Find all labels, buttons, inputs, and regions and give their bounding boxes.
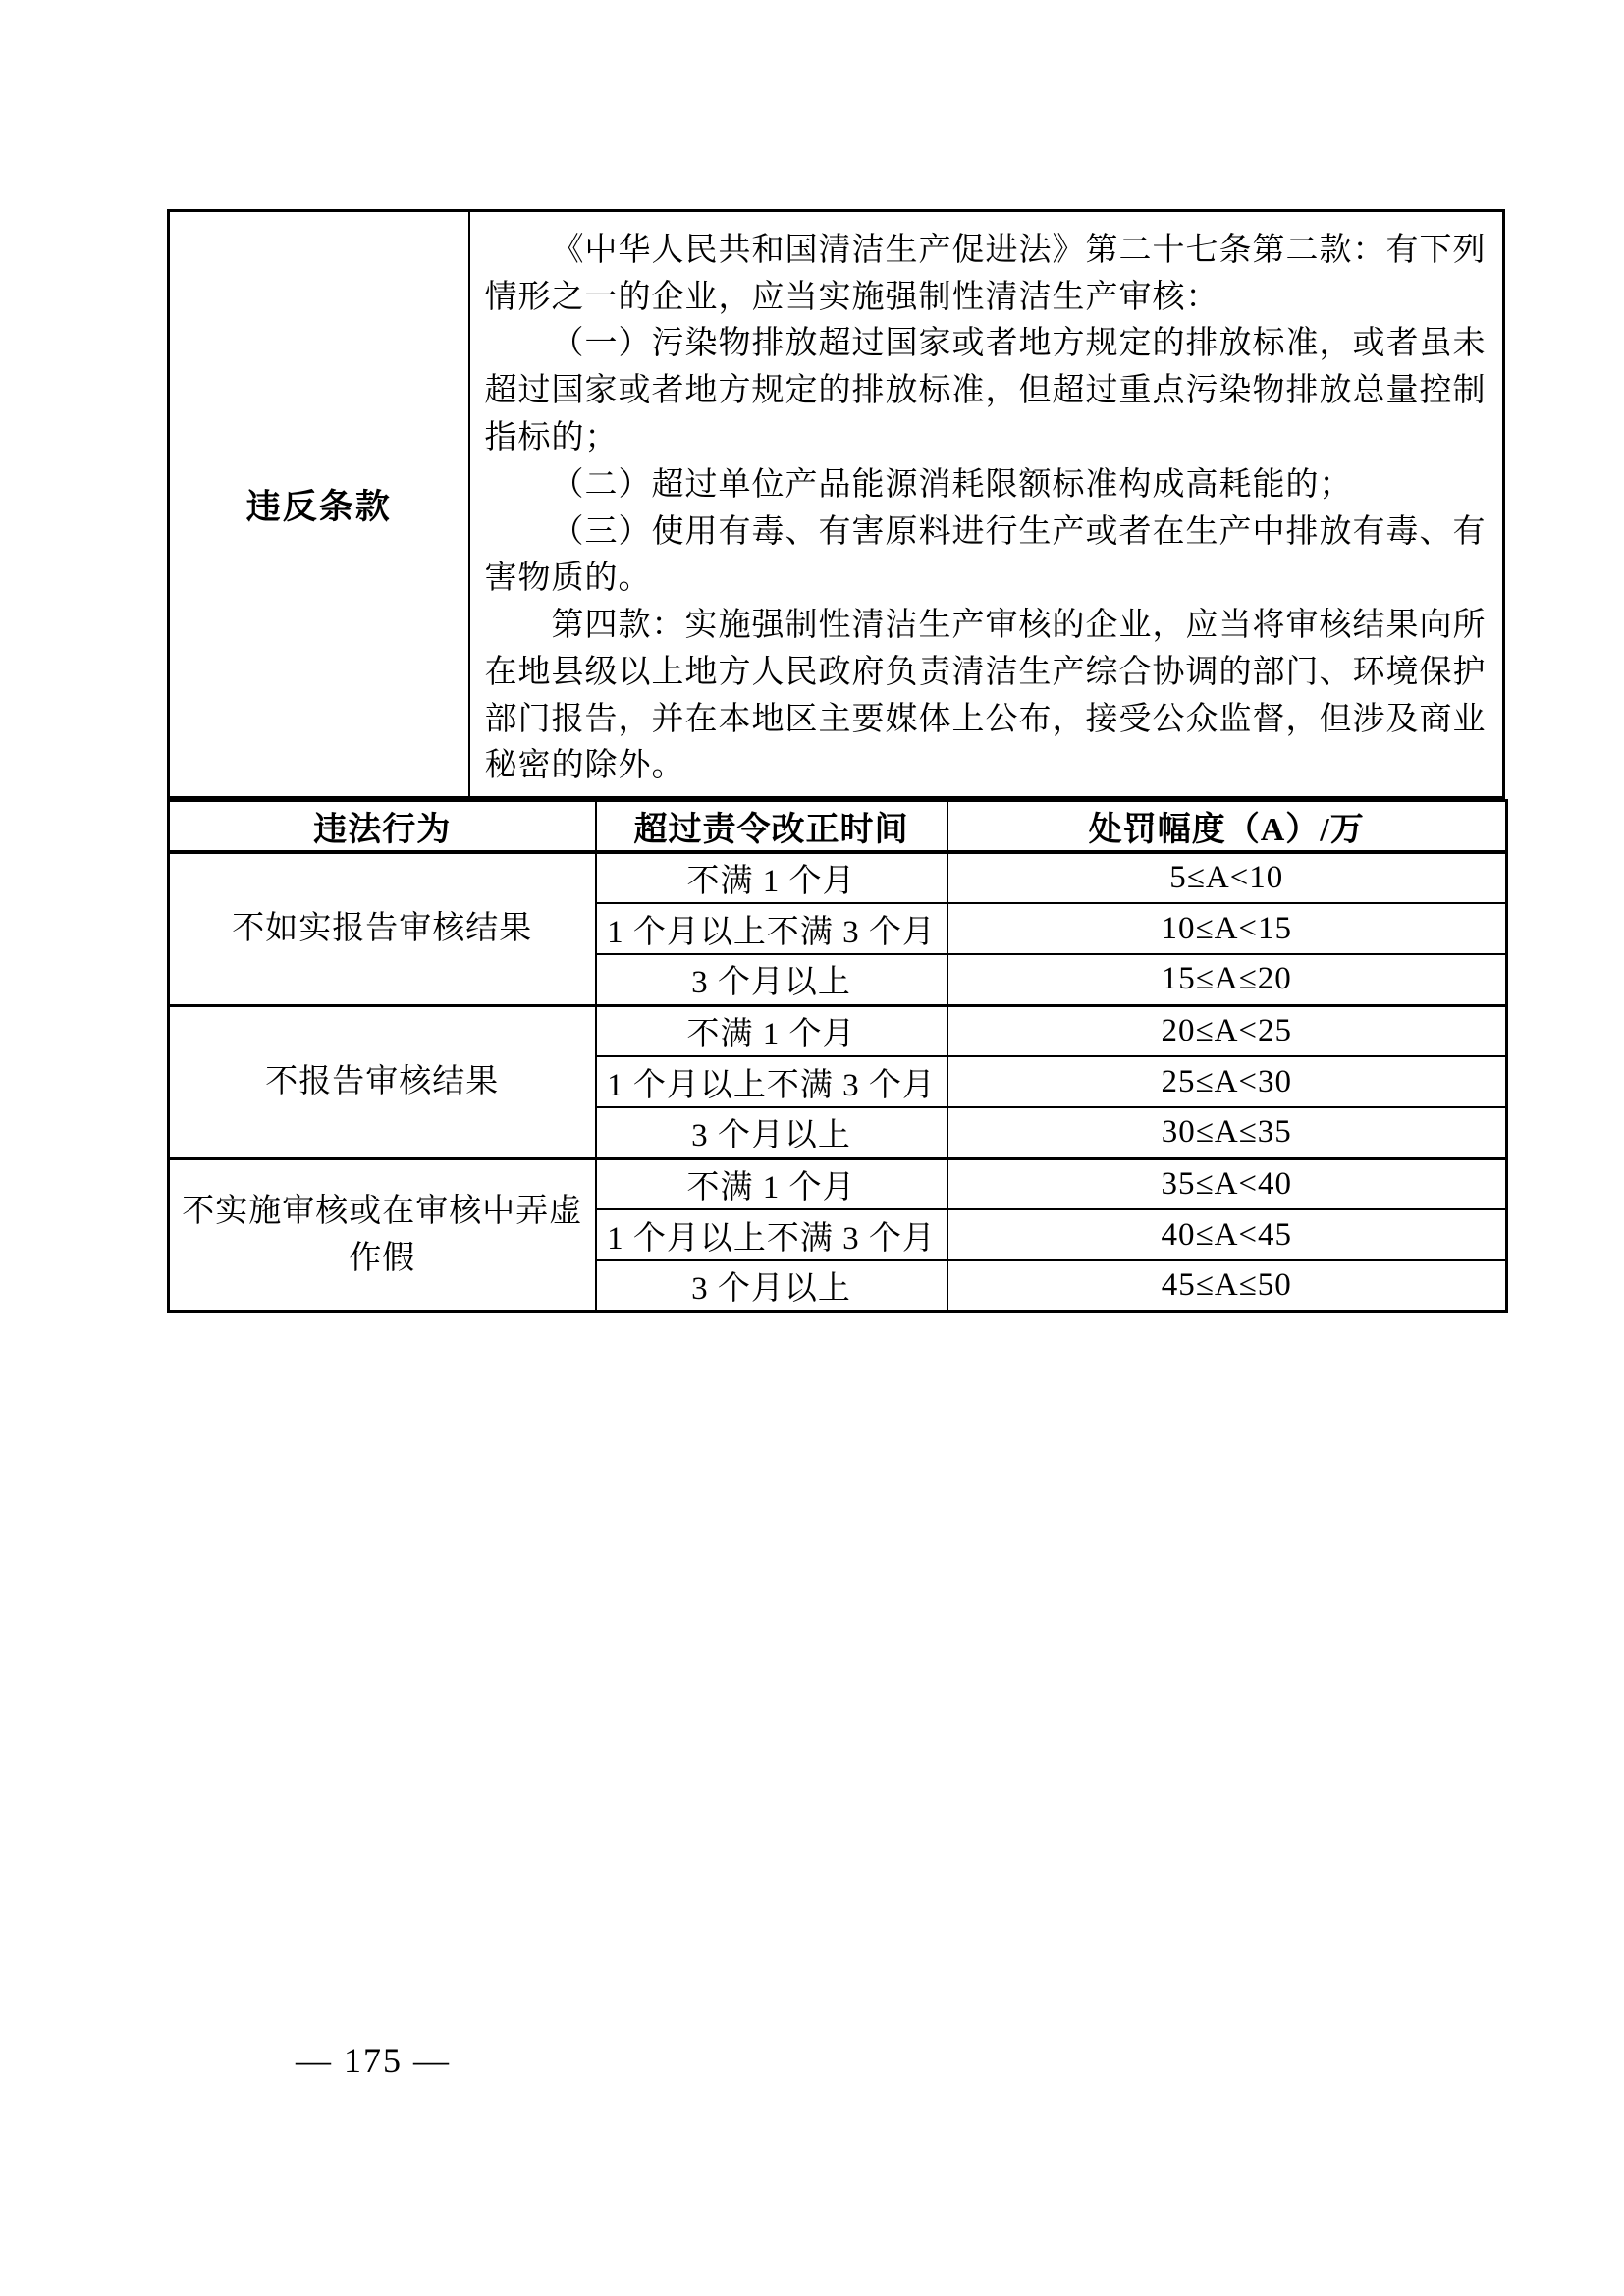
penalty-cell: 15≤A≤20 (947, 954, 1507, 1005)
penalty-cell: 30≤A≤35 (947, 1107, 1507, 1158)
column-header-time: 超过责令改正时间 (596, 801, 947, 853)
penalty-cell: 25≤A<30 (947, 1056, 1507, 1107)
violation-clause-table: 违反条款 《中华人民共和国清洁生产促进法》第二十七条第二款：有下列 情形之一的企… (167, 209, 1505, 799)
behavior-cell: 不报告审核结果 (169, 1005, 596, 1158)
clause-line: 第四款：实施强制性清洁生产审核的企业，应当将审核结果向所 (485, 603, 1489, 650)
table-row: 违反条款 《中华人民共和国清洁生产促进法》第二十七条第二款：有下列 情形之一的企… (169, 211, 1504, 798)
time-cell: 不满 1 个月 (596, 852, 947, 903)
header-row: 违法行为 超过责令改正时间 处罚幅度（A）/万 (169, 801, 1507, 853)
clause-label-cell: 违反条款 (169, 211, 469, 798)
table-row: 不如实报告审核结果 不满 1 个月 5≤A<10 (169, 852, 1507, 903)
behavior-cell: 不如实报告审核结果 (169, 852, 596, 1005)
time-cell: 不满 1 个月 (596, 1005, 947, 1056)
column-header-violation: 违法行为 (169, 801, 596, 853)
time-cell: 3 个月以上 (596, 1107, 947, 1158)
penalty-table: 违法行为 超过责令改正时间 处罚幅度（A）/万 不如实报告审核结果 不满 1 个… (167, 799, 1508, 1313)
page-number: — 175 — (280, 2040, 466, 2081)
time-cell: 1 个月以上不满 3 个月 (596, 903, 947, 954)
penalty-cell: 35≤A<40 (947, 1158, 1507, 1209)
penalty-cell: 10≤A<15 (947, 903, 1507, 954)
table-row: 不报告审核结果 不满 1 个月 20≤A<25 (169, 1005, 1507, 1056)
clause-line: 害物质的。 (485, 556, 1489, 603)
clause-line: 情形之一的企业，应当实施强制性清洁生产审核： (485, 275, 1489, 322)
clause-line: （二）超过单位产品能源消耗限额标准构成高耗能的； (485, 462, 1489, 509)
clause-line: （三）使用有毒、有害原料进行生产或者在生产中排放有毒、有 (485, 509, 1489, 557)
clause-line: 超过国家或者地方规定的排放标准，但超过重点污染物排放总量控制 (485, 368, 1489, 415)
table-row: 不实施审核或在审核中弄虚作假 不满 1 个月 35≤A<40 (169, 1158, 1507, 1209)
penalty-cell: 5≤A<10 (947, 852, 1507, 903)
time-cell: 不满 1 个月 (596, 1158, 947, 1209)
time-cell: 3 个月以上 (596, 954, 947, 1005)
document-page: 违反条款 《中华人民共和国清洁生产促进法》第二十七条第二款：有下列 情形之一的企… (0, 0, 1624, 2296)
clause-line: 秘密的除外。 (485, 743, 1489, 790)
clause-line: 部门报告，并在本地区主要媒体上公布，接受公众监督，但涉及商业 (485, 697, 1489, 744)
clause-line: 《中华人民共和国清洁生产促进法》第二十七条第二款：有下列 (485, 228, 1489, 275)
clause-line: 指标的； (485, 415, 1489, 462)
clause-line: 在地县级以上地方人民政府负责清洁生产综合协调的部门、环境保护 (485, 650, 1489, 697)
time-cell: 1 个月以上不满 3 个月 (596, 1209, 947, 1260)
behavior-cell: 不实施审核或在审核中弄虚作假 (169, 1158, 596, 1311)
penalty-cell: 40≤A<45 (947, 1209, 1507, 1260)
clause-text-cell: 《中华人民共和国清洁生产促进法》第二十七条第二款：有下列 情形之一的企业，应当实… (469, 211, 1504, 798)
column-header-penalty: 处罚幅度（A）/万 (947, 801, 1507, 853)
penalty-cell: 20≤A<25 (947, 1005, 1507, 1056)
time-cell: 1 个月以上不满 3 个月 (596, 1056, 947, 1107)
clause-line: （一）污染物排放超过国家或者地方规定的排放标准，或者虽未 (485, 321, 1489, 368)
penalty-cell: 45≤A≤50 (947, 1260, 1507, 1311)
time-cell: 3 个月以上 (596, 1260, 947, 1311)
